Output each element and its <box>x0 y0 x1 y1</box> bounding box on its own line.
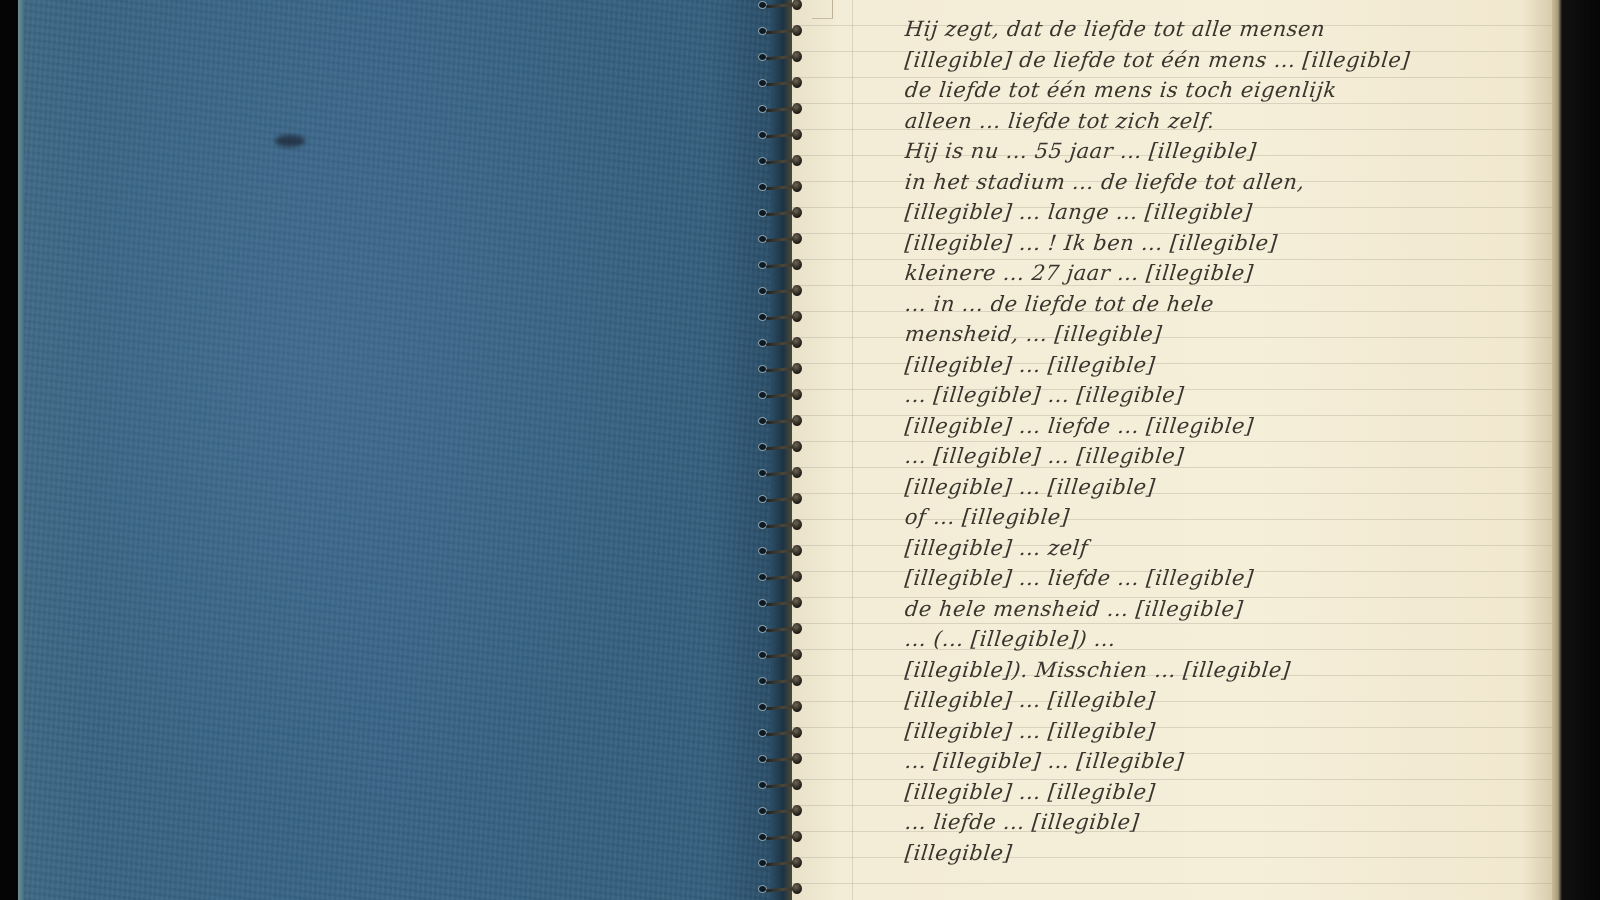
handwritten-line: [illegible] ... liefde ... [illegible] <box>903 411 1536 442</box>
handwritten-line: mensheid, ... [illegible] <box>903 319 1536 350</box>
spiral-coil-icon <box>752 544 812 560</box>
coil-loop <box>792 337 802 348</box>
coil-loop <box>792 857 802 868</box>
coil-loop <box>792 181 802 192</box>
coil-loop <box>792 207 802 218</box>
spiral-coil-icon <box>752 492 812 508</box>
cover-stain <box>275 135 305 147</box>
handwritten-line: [illegible] ... zelf <box>903 533 1536 564</box>
coil-loop <box>792 753 802 764</box>
spiral-coil-icon <box>752 804 812 820</box>
handwritten-line: de hele mensheid ... [illegible] <box>903 594 1536 625</box>
handwritten-line: [illegible] ... lange ... [illegible] <box>903 197 1536 228</box>
coil-loop <box>792 675 802 686</box>
coil-loop <box>792 779 802 790</box>
spiral-coil-icon <box>752 726 812 742</box>
coil-loop <box>792 259 802 270</box>
notebook-cover <box>18 0 770 900</box>
spiral-coil-icon <box>752 596 812 612</box>
spiral-coil-icon <box>752 700 812 716</box>
coil-loop <box>792 233 802 244</box>
spiral-coil-icon <box>752 440 812 456</box>
spiral-coil-icon <box>752 206 812 222</box>
spiral-coil-icon <box>752 310 812 326</box>
spiral-coil-icon <box>752 76 812 92</box>
spiral-coil-icon <box>752 232 812 248</box>
coil-loop <box>792 571 802 582</box>
spiral-coil-icon <box>752 128 812 144</box>
coil-loop <box>792 493 802 504</box>
handwritten-line: [illegible] de liefde tot één mens ... [… <box>903 45 1536 76</box>
handwritten-line: [illegible] ... [illegible] <box>903 350 1536 381</box>
page-corner <box>812 0 833 19</box>
spiral-coil-icon <box>752 180 812 196</box>
coil-loop <box>792 727 802 738</box>
coil-loop <box>792 51 802 62</box>
spiral-coil-icon <box>752 856 812 872</box>
spiral-coil-icon <box>752 154 812 170</box>
spiral-coil-icon <box>752 102 812 118</box>
handwritten-line: [illegible] ... [illegible] <box>903 472 1536 503</box>
coil-loop <box>792 363 802 374</box>
spiral-coil-icon <box>752 674 812 690</box>
coil-loop <box>792 519 802 530</box>
handwritten-line: ... [illegible] ... [illegible] <box>903 441 1536 472</box>
spiral-binding <box>752 0 812 900</box>
handwritten-line: ... in ... de liefde tot de hele <box>903 289 1536 320</box>
spiral-coil-icon <box>752 388 812 404</box>
coil-loop <box>792 649 802 660</box>
coil-loop <box>792 129 802 140</box>
handwritten-line: de liefde tot één mens is toch eigenlijk <box>903 75 1536 106</box>
coil-loop <box>792 0 802 10</box>
coil-loop <box>792 467 802 478</box>
spiral-coil-icon <box>752 570 812 586</box>
coil-loop <box>792 415 802 426</box>
handwritten-line: [illegible]). Misschien ... [illegible] <box>903 655 1536 686</box>
handwritten-line: Hij is nu ... 55 jaar ... [illegible] <box>903 136 1536 167</box>
spiral-coil-icon <box>752 648 812 664</box>
coil-loop <box>792 545 802 556</box>
spiral-coil-icon <box>752 24 812 40</box>
handwritten-text: Hij zegt, dat de liefde tot alle mensen[… <box>905 14 1535 868</box>
page-margin-line <box>852 0 853 900</box>
spiral-coil-icon <box>752 258 812 274</box>
handwritten-line: in het stadium ... de liefde tot allen, <box>903 167 1536 198</box>
handwritten-line: [illegible] ... [illegible] <box>903 716 1536 747</box>
spiral-coil-icon <box>752 518 812 534</box>
handwritten-line: ... liefde ... [illegible] <box>903 807 1536 838</box>
spiral-coil-icon <box>752 414 812 430</box>
coil-loop <box>792 389 802 400</box>
spiral-coil-icon <box>752 882 812 898</box>
handwritten-line: [illegible] <box>903 838 1536 869</box>
handwritten-line: Hij zegt, dat de liefde tot alle mensen <box>903 14 1536 45</box>
coil-loop <box>792 285 802 296</box>
coil-loop <box>792 77 802 88</box>
handwritten-line: alleen ... liefde tot zich zelf. <box>903 106 1536 137</box>
handwritten-line: [illegible] ... liefde ... [illegible] <box>903 563 1536 594</box>
coil-loop <box>792 623 802 634</box>
handwritten-line: [illegible] ... ! Ik ben ... [illegible] <box>903 228 1536 259</box>
handwritten-line: [illegible] ... [illegible] <box>903 777 1536 808</box>
spiral-coil-icon <box>752 752 812 768</box>
spiral-coil-icon <box>752 830 812 846</box>
coil-loop <box>792 883 802 894</box>
coil-loop <box>792 805 802 816</box>
coil-loop <box>792 103 802 114</box>
coil-loop <box>792 597 802 608</box>
photo-left-border <box>0 0 18 900</box>
coil-loop <box>792 441 802 452</box>
coil-loop <box>792 25 802 36</box>
spiral-coil-icon <box>752 0 812 14</box>
spiral-coil-icon <box>752 284 812 300</box>
spiral-coil-icon <box>752 336 812 352</box>
coil-loop <box>792 831 802 842</box>
handwritten-line: ... [illegible] ... [illegible] <box>903 746 1536 777</box>
coil-loop <box>792 155 802 166</box>
handwritten-line: ... [illegible] ... [illegible] <box>903 380 1536 411</box>
handwritten-line: of ... [illegible] <box>903 502 1536 533</box>
spiral-coil-icon <box>752 466 812 482</box>
coil-loop <box>792 701 802 712</box>
spiral-coil-icon <box>752 50 812 66</box>
coil-loop <box>792 311 802 322</box>
cover-edge <box>18 0 24 900</box>
page-edge-shadow <box>1552 0 1600 900</box>
spiral-coil-icon <box>752 778 812 794</box>
spiral-coil-icon <box>752 622 812 638</box>
spiral-coil-icon <box>752 362 812 378</box>
handwritten-line: kleinere ... 27 jaar ... [illegible] <box>903 258 1536 289</box>
handwritten-line: ... (... [illegible]) ... <box>903 624 1536 655</box>
handwritten-line: [illegible] ... [illegible] <box>903 685 1536 716</box>
